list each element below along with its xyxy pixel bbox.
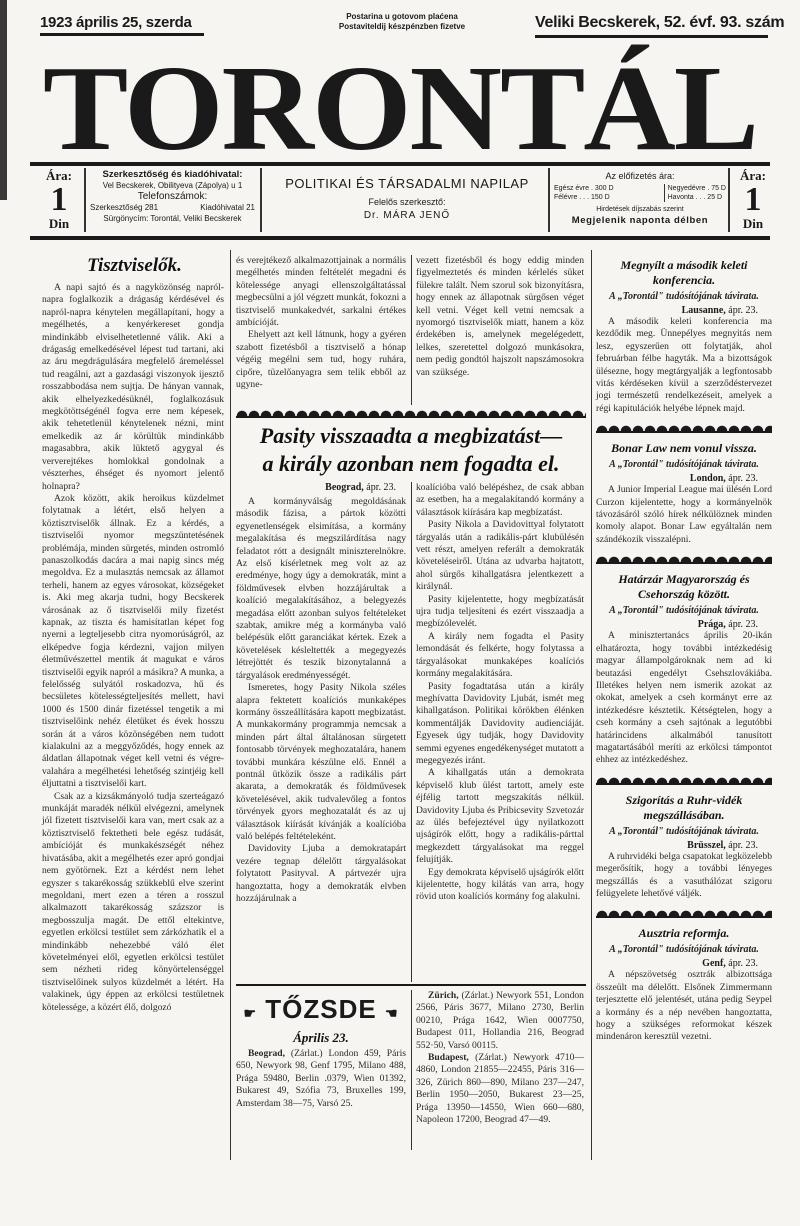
- paragraph: koalícióba való belépéshez, de csak abba…: [416, 482, 584, 519]
- price-right: Ára: 1 Din: [732, 168, 774, 232]
- ornamental-divider: [596, 908, 772, 918]
- paragraph: Ismeretes, hogy Pasity Nikola széles ala…: [236, 682, 406, 843]
- article-continued-2: vezett fizetésből és hogy eddig minden f…: [416, 255, 584, 379]
- dateline-date: ápr. 23.: [366, 482, 396, 493]
- dateline-city: Lausanne,: [682, 305, 726, 316]
- postage-notice: Postarina u gotovom plaćena Postaviteldi…: [322, 12, 482, 32]
- subscription-title: Az előfizetés ára:: [554, 171, 726, 182]
- dateline-city: Genf,: [702, 958, 726, 969]
- news-text: A második keleti konferencia ma kezdődik…: [596, 316, 772, 415]
- news-title: Bonar Law nem vonul vissza.: [596, 441, 772, 456]
- infobar-rule: [30, 236, 770, 240]
- paragraph: Csak az a kizsákmányoló tudja szerteágaz…: [42, 791, 224, 1014]
- bourse-city: Zürich,: [428, 990, 459, 1001]
- news-title: Ausztria reformja.: [596, 926, 772, 941]
- paragraph: Egy demokrata képviselő ujságírók előtt …: [416, 867, 584, 904]
- bourse-beograd: Beograd, (Zárlat.) London 459, Páris 650…: [236, 1048, 406, 1110]
- phone-office: Kiadóhivatal 21: [200, 202, 255, 213]
- paragraph: Pasity kijelentette, hogy megbízatását u…: [416, 594, 584, 631]
- paragraph: Ehelyett azt kell látnunk, hogy a gyéren…: [236, 329, 406, 391]
- news-dateline: Brüsszel, ápr. 23.: [596, 840, 772, 851]
- article-body-pasity-col2: koalícióba való belépéshez, de csak abba…: [416, 482, 584, 904]
- editorial-title: Szerkesztőség és kiadóhivatal:: [90, 169, 255, 180]
- dateline-pasity: Beograd, ápr. 23.: [236, 482, 410, 493]
- paragraph: Davidovity Ljuba a demokratapárt vezére …: [236, 843, 406, 905]
- column-divider: [591, 250, 592, 1160]
- publication-schedule: Megjelenik naponta délben: [554, 215, 726, 226]
- column-divider: [230, 250, 231, 1160]
- title-line-2: a király azonban nem fogadta el.: [234, 450, 588, 478]
- postage-line-2: Postaviteldij készpénzben fizetve: [322, 22, 482, 32]
- dateline-city: Prága,: [698, 619, 726, 630]
- editor-name: Dr. MÁRA JENŐ: [264, 210, 550, 221]
- paragraph: vezett fizetésből és hogy eddig minden f…: [416, 255, 584, 379]
- sidebar-news: Megnyílt a második keleti konferencia. A…: [596, 258, 772, 1044]
- price-year: Egész évre . 300 D: [554, 184, 614, 193]
- news-dateline: Genf, ápr. 23.: [596, 958, 772, 969]
- news-item: Megnyílt a második keleti konferencia. A…: [596, 258, 772, 415]
- price-month: Havonta . . . 25 D: [668, 193, 726, 202]
- news-title: Szigorítás a Ruhr-vidék megszállásában.: [596, 793, 772, 823]
- news-text: A minisztertanács április 20-ikán elhatá…: [596, 630, 772, 766]
- paragraph: A kihallgatás után a demokrata képviselő…: [416, 767, 584, 866]
- dateline-date: ápr. 23.: [728, 840, 758, 851]
- news-dateline: Prága, ápr. 23.: [596, 619, 772, 630]
- phones-title: Telefonszámok:: [90, 191, 255, 202]
- postage-line-1: Postarina u gotovom plaćena: [322, 12, 482, 22]
- paragraph: Pasity fogadtatása után a király meghíva…: [416, 681, 584, 768]
- dateline-city: London,: [690, 473, 726, 484]
- article-body-tisztviselok: A napi sajtó és a nagyközönség napról-na…: [42, 282, 224, 1014]
- date-underline: [40, 33, 204, 36]
- paragraph: A napi sajtó és a nagyközönség napról-na…: [42, 282, 224, 493]
- ornamental-divider: [596, 554, 772, 564]
- issue-underline: [535, 35, 768, 38]
- bourse-city: Budapest,: [428, 1052, 469, 1063]
- editorial-address: Vel Becskerek, Obilityeva (Zápolya) u 1: [90, 180, 255, 191]
- dateline-city: Beograd,: [325, 482, 364, 493]
- divider: [260, 168, 262, 232]
- news-dateline: London, ápr. 23.: [596, 473, 772, 484]
- phone-editorial: Szerkesztőség 281: [90, 202, 158, 213]
- price-value: 1: [732, 184, 774, 216]
- price-unit: Din: [38, 216, 80, 232]
- masthead-title: TORONTÁL: [40, 61, 760, 156]
- paragraph: Azok között, akik heroikus küzdelmet fol…: [42, 493, 224, 791]
- issue-date: 1923 április 25, szerda: [40, 14, 192, 31]
- ornamental-divider: [236, 408, 586, 418]
- news-byline: A „Torontál" tudósítójának távirata.: [596, 291, 772, 302]
- paragraph: és verejtékező alkalmazottjainak a normá…: [236, 255, 406, 329]
- editor-label: Felelős szerkesztő:: [264, 197, 550, 207]
- news-byline: A „Torontál" tudósítójának távirata.: [596, 944, 772, 955]
- title-line-1: Pasity visszaadta a megbizatást—: [234, 422, 588, 450]
- bourse-top-rule: [236, 984, 586, 986]
- news-byline: A „Torontál" tudósítójának távirata.: [596, 605, 772, 616]
- news-text: A ruhrvidéki belga csapatokat legközeleb…: [596, 851, 772, 901]
- news-byline: A „Torontál" tudósítójának távirata.: [596, 459, 772, 470]
- paragraph: A király nem fogadta el Pasity lemondásá…: [416, 631, 584, 681]
- dateline-date: ápr. 23.: [728, 619, 758, 630]
- paper-subtitle: POLITIKAI ÉS TÁRSADALMI NAPILAP: [264, 176, 550, 191]
- masthead-rule: [30, 162, 770, 166]
- column-divider: [411, 482, 412, 982]
- dateline-date: ápr. 23.: [728, 958, 758, 969]
- article-title-pasity: Pasity visszaadta a megbizatást— a királ…: [234, 422, 588, 478]
- news-byline: A „Torontál" tudósítójának távirata.: [596, 826, 772, 837]
- paragraph: Pasity Nikola a Davidovittyal folytatott…: [416, 519, 584, 593]
- article-body-pasity-col1: A kormányválság megoldásának második fáz…: [236, 496, 406, 905]
- hand-pointer-icon: ☛: [243, 1005, 257, 1021]
- divider: [84, 168, 86, 232]
- ornamental-divider: [596, 775, 772, 785]
- paper-subtitle-box: POLITIKAI ÉS TÁRSADALMI NAPILAP Felelős …: [264, 176, 550, 221]
- news-item: Ausztria reformja. A „Torontál" tudósító…: [596, 926, 772, 1043]
- price-unit: Din: [732, 216, 774, 232]
- telegram-address: Sürgönycím: Torontál, Veliki Becskerek: [90, 213, 255, 224]
- news-dateline: Lausanne, ápr. 23.: [596, 305, 772, 316]
- article-continued-1: és verejtékező alkalmazottjainak a normá…: [236, 255, 406, 391]
- column-divider: [411, 990, 412, 1150]
- price-quarter: Negyedévre . 75 D: [668, 184, 726, 193]
- news-text: A népszövetség osztrák albizottsága össz…: [596, 969, 772, 1043]
- bourse-zurich-budapest: Zürich, (Zárlat.) Newyork 551, London 25…: [416, 990, 584, 1126]
- dateline-city: Brüsszel,: [687, 840, 726, 851]
- news-item: Szigorítás a Ruhr-vidék megszállásában. …: [596, 793, 772, 901]
- price-value: 1: [38, 184, 80, 216]
- page-edge-shadow: [0, 0, 7, 200]
- bourse-city: Beograd,: [248, 1048, 285, 1059]
- divider: [548, 168, 550, 232]
- paragraph: A kormányválság megoldásának második fáz…: [236, 496, 406, 682]
- price-left: Ára: 1 Din: [38, 168, 80, 232]
- column-divider: [411, 255, 412, 405]
- ornamental-divider: [596, 423, 772, 433]
- issue-number: Veliki Becskerek, 52. évf. 93. szám: [535, 14, 784, 32]
- article-title-tisztviselok: Tisztviselők.: [42, 255, 227, 277]
- bourse-date: Április 23.: [236, 1030, 406, 1046]
- dateline-date: ápr. 23.: [728, 305, 758, 316]
- subscription-box: Az előfizetés ára: Egész évre . 300 D Fé…: [554, 171, 726, 226]
- news-text: A Junior Imperial League mai ülésén Lord…: [596, 484, 772, 546]
- news-item: Határzár Magyarország és Csehország közö…: [596, 572, 772, 766]
- bourse-banner: ☛ TŐZSDE ☚: [236, 994, 406, 1025]
- hand-pointer-icon: ☚: [385, 1005, 399, 1021]
- news-item: Bonar Law nem vonul vissza. A „Torontál"…: [596, 441, 772, 546]
- bourse-title: TŐZSDE: [265, 994, 376, 1024]
- news-title: Határzár Magyarország és Csehország közö…: [596, 572, 772, 602]
- news-title: Megnyílt a második keleti konferencia.: [596, 258, 772, 288]
- ads-note: Hirdetések díjszabás szerint: [554, 204, 726, 215]
- price-half-year: Félévre . . . 150 D: [554, 193, 614, 202]
- editorial-box: Szerkesztőség és kiadóhivatal: Vel Becsk…: [90, 169, 255, 224]
- divider: [728, 168, 730, 232]
- dateline-date: ápr. 23.: [728, 473, 758, 484]
